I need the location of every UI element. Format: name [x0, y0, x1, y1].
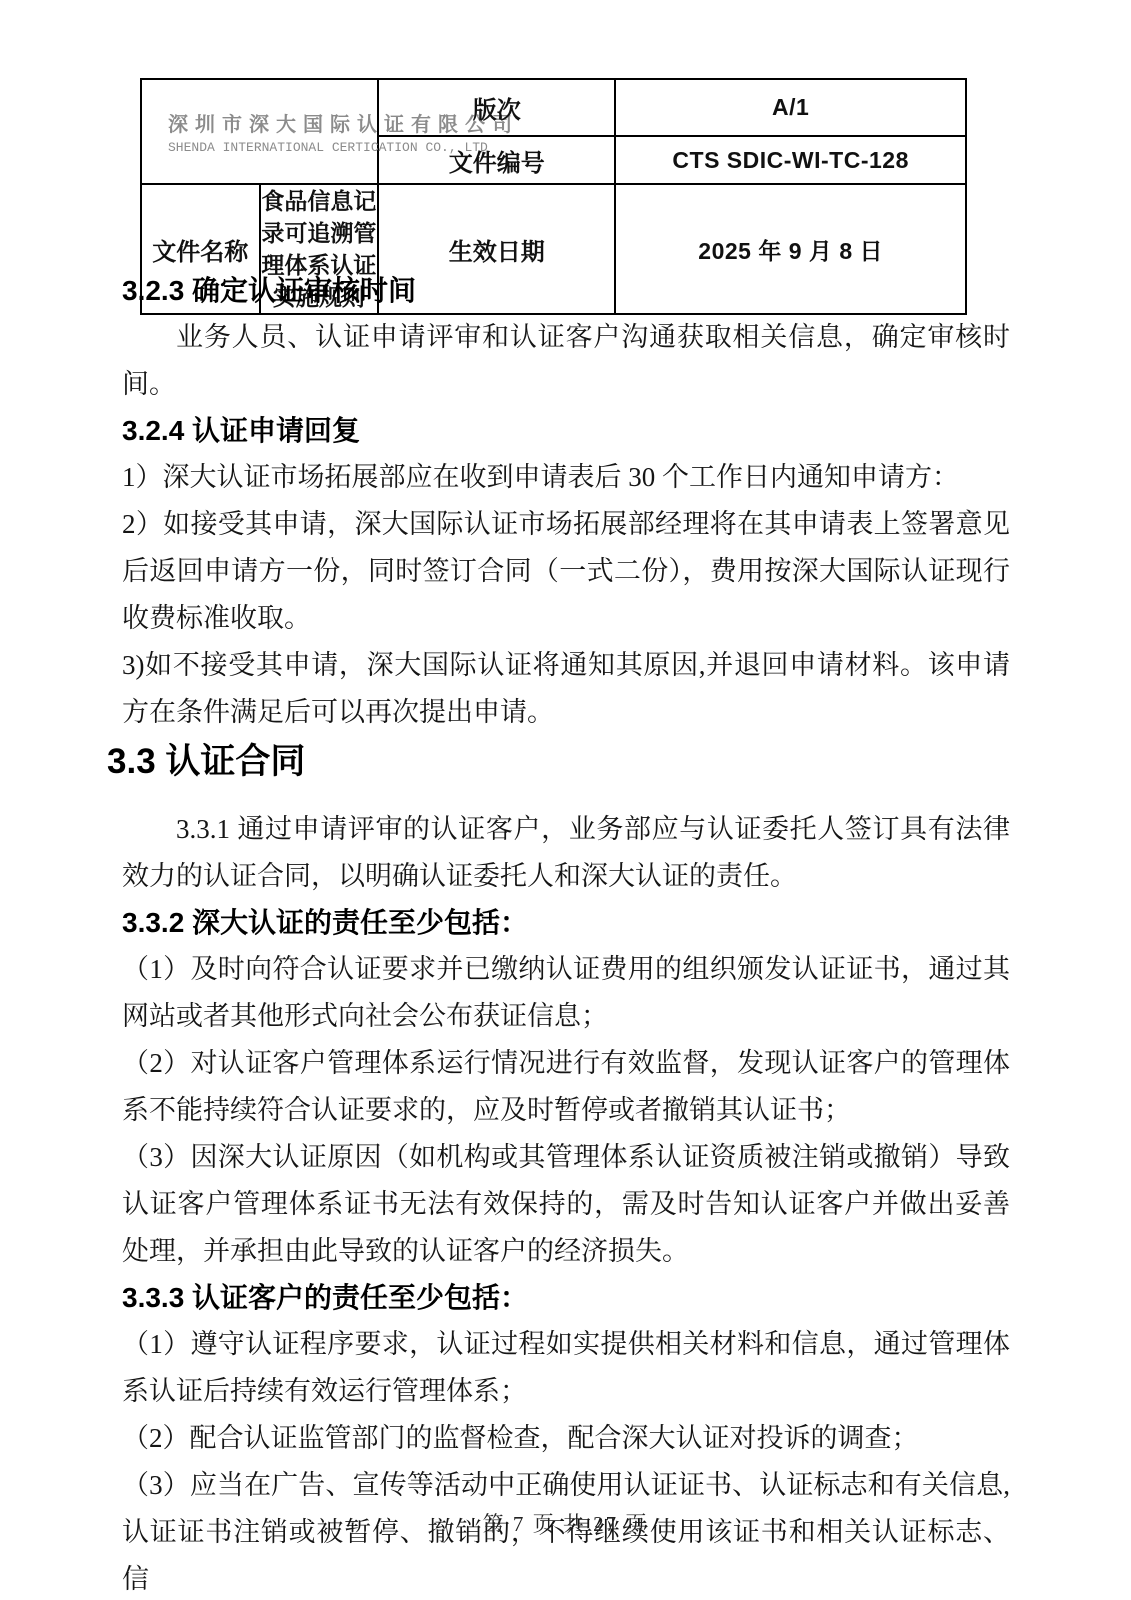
- body-paragraph: （3）因深大认证原因（如机构或其管理体系认证资质被注销或撤销）导致认证客户管理体…: [122, 1134, 1010, 1275]
- body-paragraph: 2）如接受其申请，深大国际认证市场拓展部经理将在其申请表上签署意见后返回申请方一…: [122, 501, 1010, 642]
- page-number: 第 7 页 共 27 页: [483, 1512, 649, 1536]
- doc-number-value-cell: CTS SDIC-WI-TC-128: [615, 136, 966, 184]
- section-heading-3-3-3: 3.3.3 认证客户的责任至少包括：: [122, 1275, 1010, 1321]
- company-name-cn: 深圳市深大国际认证有限公司: [168, 108, 519, 137]
- body-paragraph: （1）遵守认证程序要求，认证过程如实提供相关材料和信息，通过管理体系认证后持续有…: [122, 1321, 1010, 1415]
- body-paragraph: 1）深大认证市场拓展部应在收到申请表后 30 个工作日内通知申请方：: [122, 454, 1010, 501]
- body-paragraph: （1）及时向符合认证要求并已缴纳认证费用的组织颁发认证证书，通过其网站或者其他形…: [122, 946, 1010, 1040]
- section-heading-3-2-4: 3.2.4 认证申请回复: [122, 408, 1010, 454]
- document-page: 深圳市深大国际认证有限公司 SDIC 深圳市深大国际认证有限公司 SHENDA …: [0, 0, 1131, 1600]
- section-heading-3-3: 3.3 认证合同: [107, 736, 1010, 788]
- body-paragraph: （2）对认证客户管理体系运行情况进行有效监督，发现认证客户的管理体系不能持续符合…: [122, 1040, 1010, 1134]
- document-body: 3.2.3 确定认证审核时间 业务人员、认证申请评审和认证客户沟通获取相关信息，…: [122, 268, 1010, 1600]
- body-paragraph: 业务人员、认证申请评审和认证客户沟通获取相关信息，确定审核时间。: [122, 314, 1010, 408]
- page-footer: 第 7 页 共 27 页: [0, 1508, 1131, 1538]
- section-heading-3-2-3: 3.2.3 确定认证审核时间: [122, 268, 1010, 314]
- logo-cell: 深圳市深大国际认证有限公司 SDIC 深圳市深大国际认证有限公司 SHENDA …: [141, 79, 378, 184]
- version-value-cell: A/1: [615, 79, 966, 136]
- body-paragraph: （2）配合认证监管部门的监督检查，配合深大认证对投诉的调查；: [122, 1415, 1010, 1462]
- body-paragraph: 3)如不接受其申请，深大国际认证将通知其原因,并退回申请材料。该申请方在条件满足…: [122, 642, 1010, 736]
- body-paragraph: 3.3.1 通过申请评审的认证客户，业务部应与认证委托人签订具有法律效力的认证合…: [122, 806, 1010, 900]
- section-heading-3-3-2: 3.3.2 深大认证的责任至少包括：: [122, 900, 1010, 946]
